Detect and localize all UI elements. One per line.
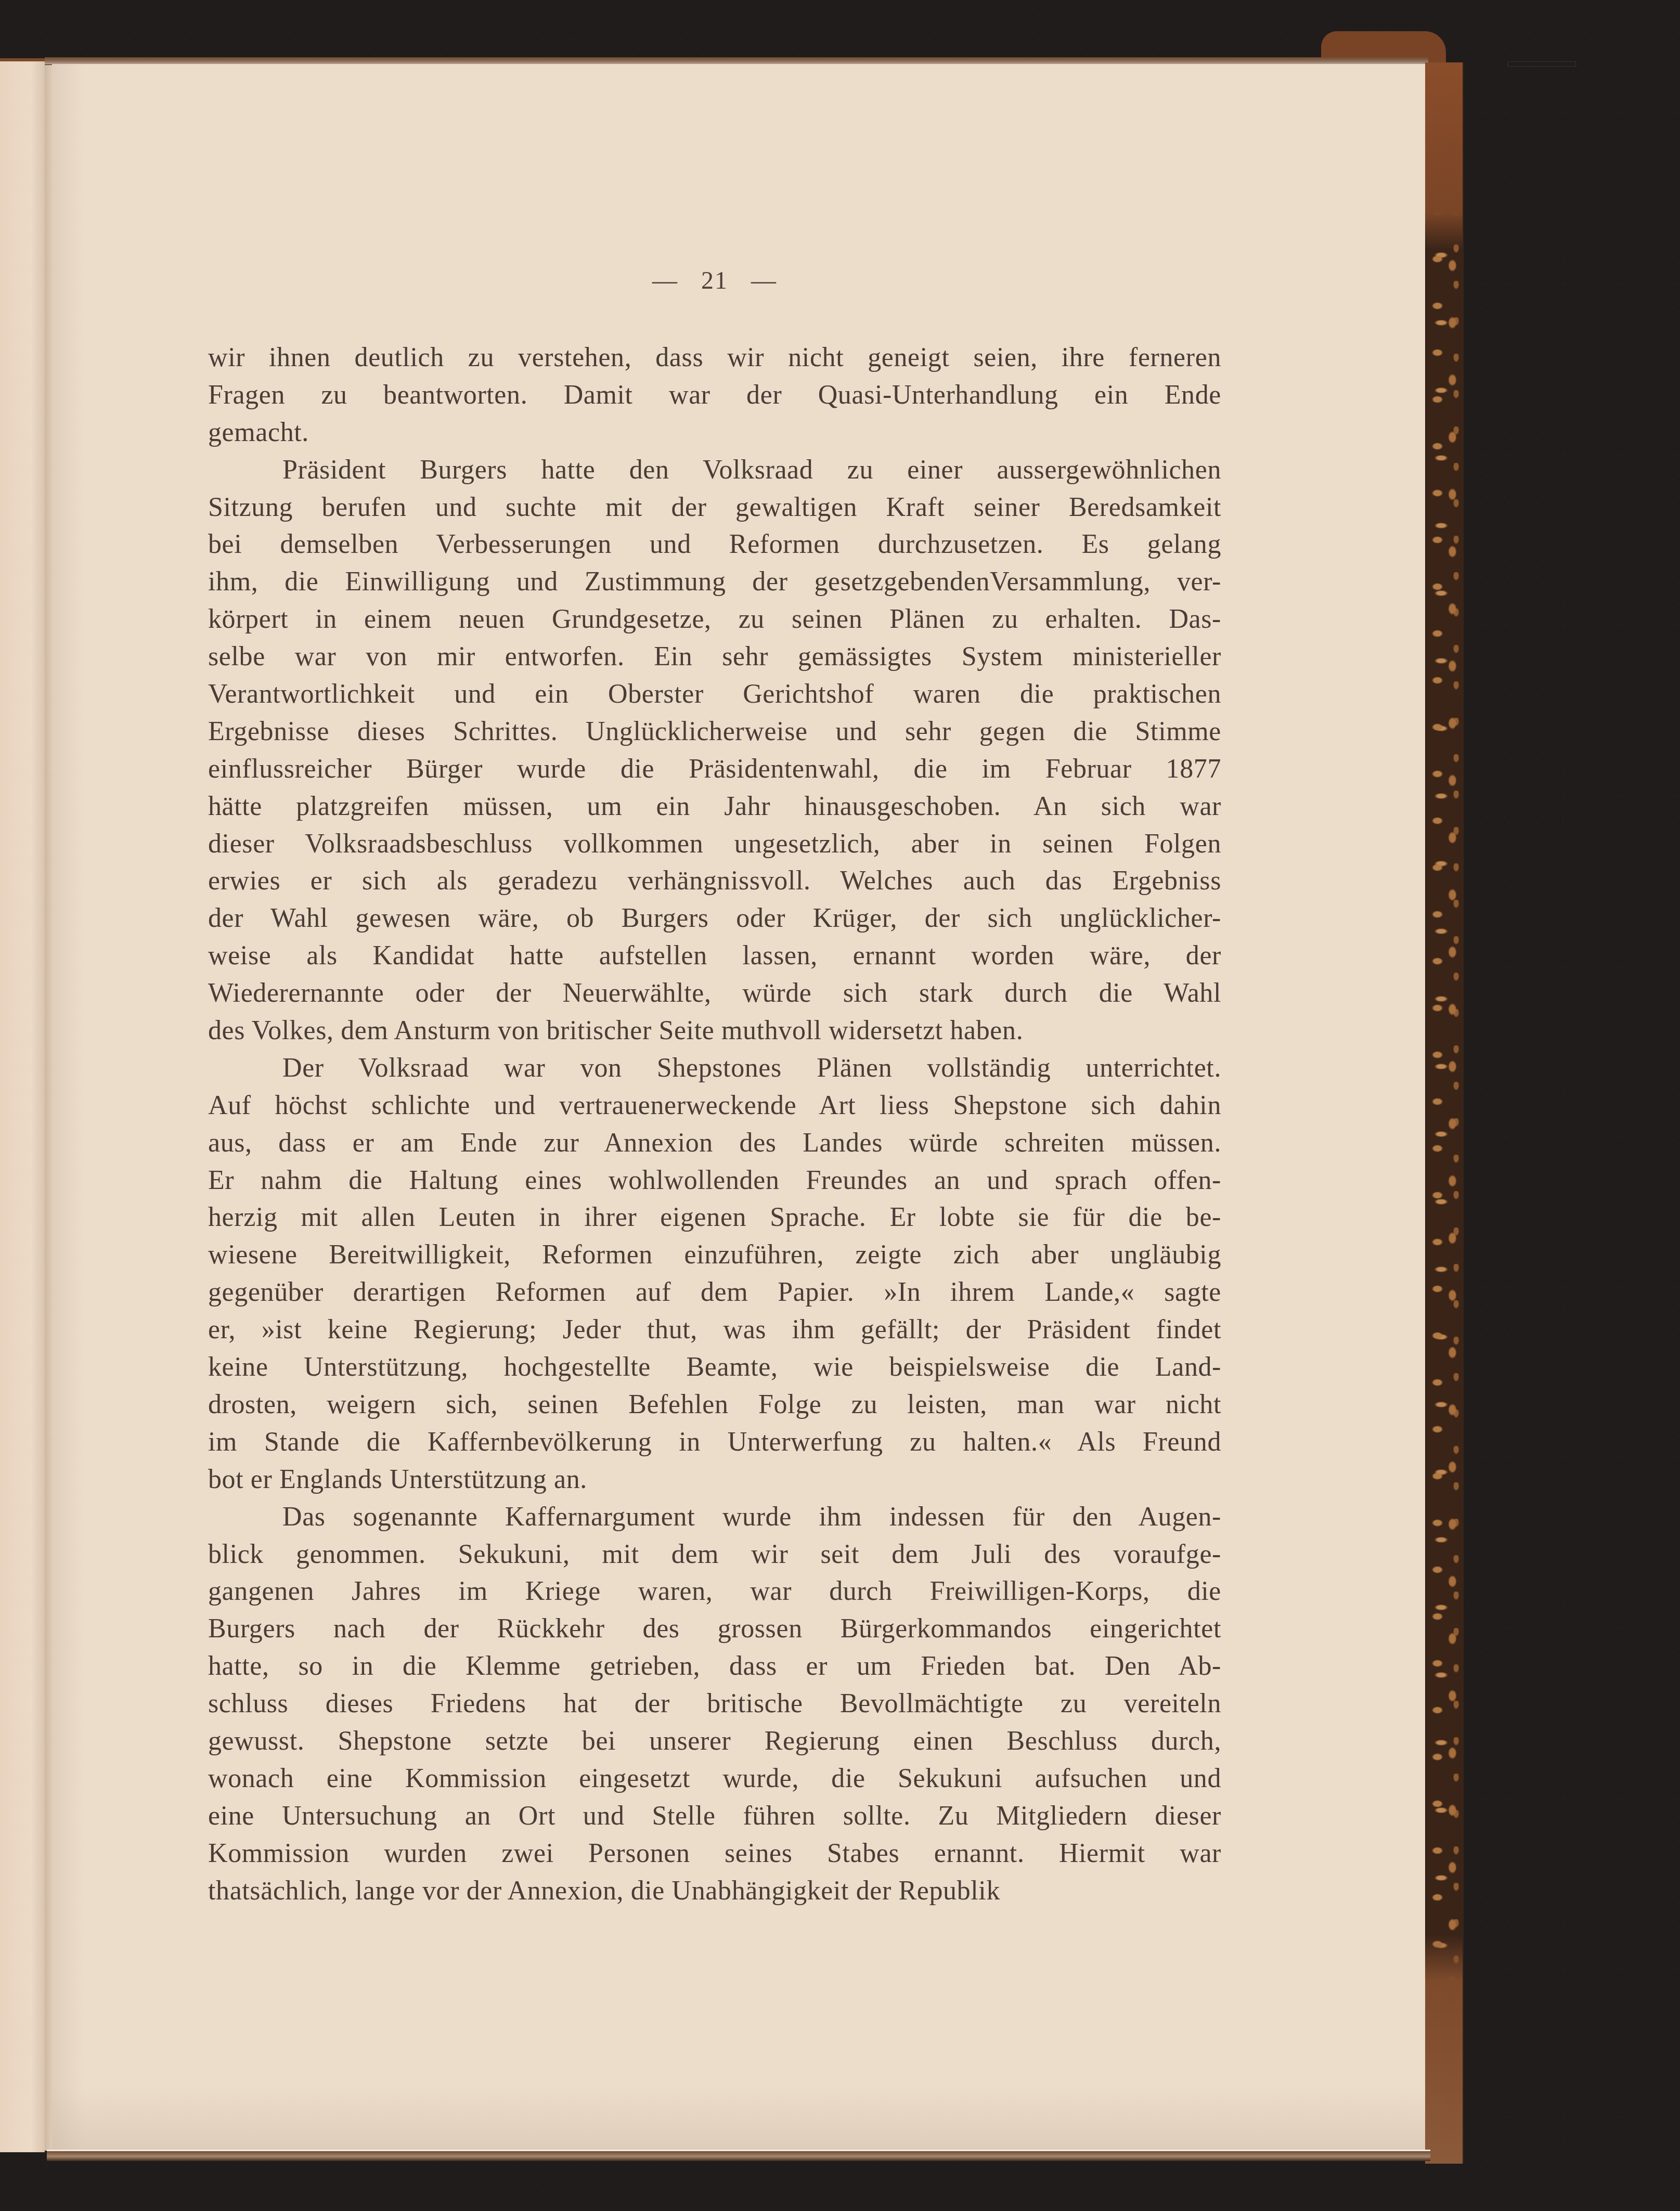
- paragraph: Präsident Burgers hatte den Volksraad zu…: [208, 451, 1221, 1050]
- paragraph: Das sogenannte Kaffernargument wurde ihm…: [208, 1498, 1221, 1910]
- text-line: ihm, die Einwilligung und Zustimmung der…: [208, 563, 1221, 601]
- text-line: selbe war von mir entworfen. Ein sehr ge…: [208, 638, 1221, 676]
- text-line: schluss dieses Friedens hat der britisch…: [208, 1685, 1221, 1723]
- body-text: wir ihnen deutlich zu verstehen, dass wi…: [208, 339, 1221, 1909]
- page-number: — 21 —: [208, 266, 1221, 295]
- paragraph: Der Volksraad war von Shepstones Plänen …: [208, 1050, 1221, 1498]
- text-line: weise als Kandidat hatte aufstellen lass…: [208, 937, 1221, 975]
- text-line: Das sogenannte Kaffernargument wurde ihm…: [208, 1498, 1221, 1536]
- text-line: Er nahm die Haltung eines wohlwollenden …: [208, 1162, 1221, 1199]
- text-line: drosten, weigern sich, seinen Befehlen F…: [208, 1386, 1221, 1424]
- text-line: Wiederernannte oder der Neuerwählte, wür…: [208, 975, 1221, 1012]
- text-line: wonach eine Kommission eingesetzt wurde,…: [208, 1760, 1221, 1798]
- binding-leather-top: [1425, 62, 1463, 250]
- text-line: einflussreicher Bürger wurde die Präside…: [208, 751, 1221, 788]
- text-line: Burgers nach der Rückkehr des grossen Bü…: [208, 1610, 1221, 1648]
- text-line: Fragen zu beantworten. Damit war der Qua…: [208, 377, 1221, 414]
- text-line: dieser Volksraadsbeschluss vollkommen un…: [208, 825, 1221, 863]
- text-line: thatsächlich, lange vor der Annexion, di…: [208, 1872, 1221, 1910]
- text-line: erwies er sich als geradezu verhängnissv…: [208, 862, 1221, 900]
- text-line: herzig mit allen Leuten in ihrer eigenen…: [208, 1199, 1221, 1236]
- text-line: aus, dass er am Ende zur Annexion des La…: [208, 1124, 1221, 1162]
- text-line: gangenen Jahres im Kriege waren, war dur…: [208, 1573, 1221, 1610]
- text-line: Präsident Burgers hatte den Volksraad zu…: [208, 451, 1221, 489]
- page-top-edge: [45, 57, 1428, 64]
- text-line: blick genommen. Sekukuni, mit dem wir se…: [208, 1536, 1221, 1573]
- marbled-binding: [1425, 62, 1464, 2164]
- text-line: gegenüber derartigen Reformen auf dem Pa…: [208, 1274, 1221, 1311]
- binding-leather-bottom: [1425, 1935, 1463, 2164]
- text-line: gewusst. Shepstone setzte bei unserer Re…: [208, 1723, 1221, 1760]
- text-line: Der Volksraad war von Shepstones Plänen …: [208, 1050, 1221, 1087]
- text-line: Auf höchst schlichte und vertrauenerweck…: [208, 1087, 1221, 1124]
- paragraph: wir ihnen deutlich zu verstehen, dass wi…: [208, 339, 1221, 451]
- previous-page-edge: [0, 58, 45, 2152]
- text-line: wir ihnen deutlich zu verstehen, dass wi…: [208, 339, 1221, 377]
- text-line: Ergebnisse dieses Schrittes. Unglücklich…: [208, 713, 1221, 751]
- text-line: im Stande die Kaffernbevölkerung in Unte…: [208, 1424, 1221, 1461]
- text-line: keine Unterstützung, hochgestellte Beamt…: [208, 1349, 1221, 1386]
- text-line: eine Untersuchung an Ort und Stelle führ…: [208, 1798, 1221, 1835]
- scan-mark: [1507, 61, 1576, 67]
- text-line: hätte platzgreifen müssen, um ein Jahr h…: [208, 788, 1221, 825]
- text-line: körpert in einem neuen Grundgesetze, zu …: [208, 601, 1221, 638]
- text-line: er, »ist keine Regierung; Jeder thut, wa…: [208, 1311, 1221, 1349]
- page-bottom-edge: [47, 2150, 1430, 2161]
- text-line: Verantwortlichkeit und ein Oberster Geri…: [208, 676, 1221, 713]
- text-line: wiesene Bereitwilligkeit, Reformen einzu…: [208, 1236, 1221, 1274]
- text-line: Kommission wurden zwei Personen seines S…: [208, 1835, 1221, 1872]
- text-line: bot er Englands Unterstützung an.: [208, 1461, 1221, 1498]
- text-line: hatte, so in die Klemme getrieben, dass …: [208, 1648, 1221, 1685]
- text-line: Sitzung berufen und suchte mit der gewal…: [208, 489, 1221, 526]
- text-line: gemacht.: [208, 414, 1221, 451]
- text-line: der Wahl gewesen wäre, ob Burgers oder K…: [208, 900, 1221, 937]
- text-line: bei demselben Verbesserungen und Reforme…: [208, 526, 1221, 563]
- text-line: des Volkes, dem Ansturm von britischer S…: [208, 1012, 1221, 1050]
